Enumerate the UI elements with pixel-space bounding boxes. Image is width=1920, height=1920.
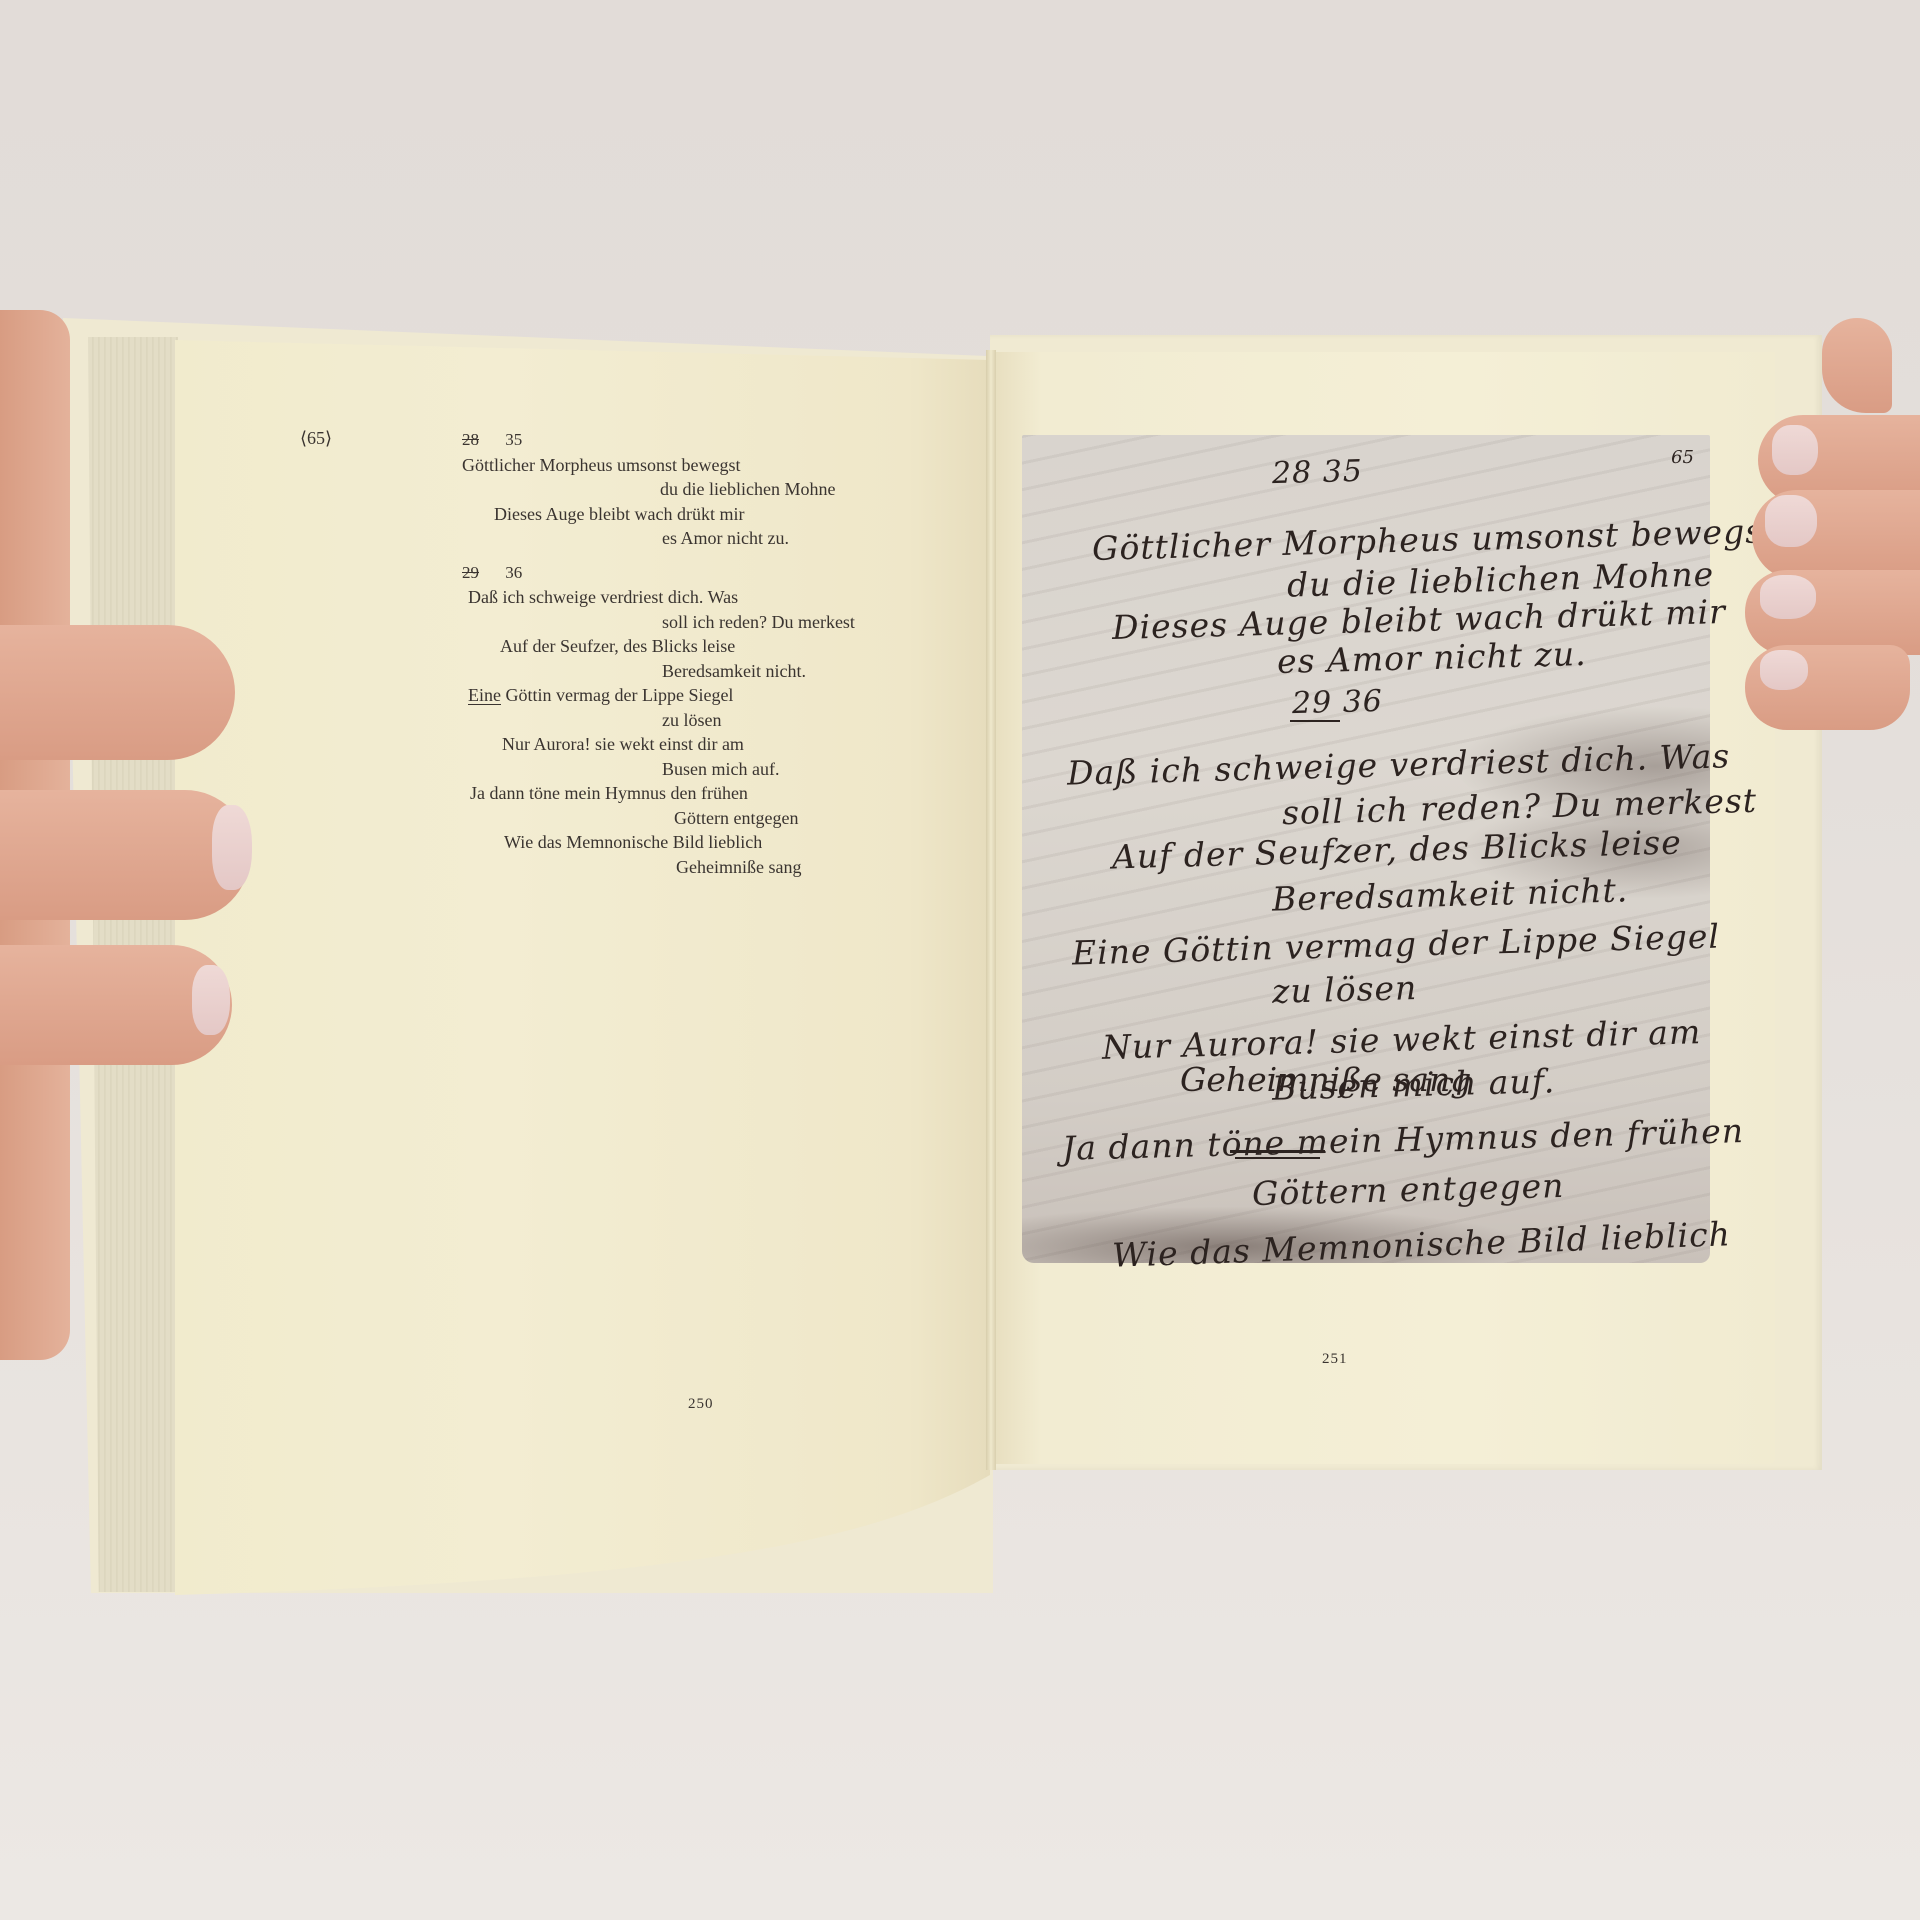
verse-line: Ja dann töne mein Hymnus den frühen xyxy=(470,781,1062,806)
manuscript-line: Beredsamkeit nicht. xyxy=(1272,870,1629,918)
current-number: 35 xyxy=(505,430,522,449)
struck-number: 29 xyxy=(462,563,479,582)
verse-line: Eine Göttin vermag der Lippe Siegel xyxy=(468,683,1062,708)
stanza-numbers: 28 35 xyxy=(462,428,1062,453)
transcription-text: 28 35 Göttlicher Morpheus umsonst bewegs… xyxy=(462,428,1062,879)
verse-line: Göttlicher Morpheus umsonst bewegst xyxy=(462,453,1062,478)
page-number-left: 250 xyxy=(688,1396,714,1413)
page-number-right: 251 xyxy=(1322,1351,1348,1368)
verse-line: Göttern entgegen xyxy=(674,806,1062,831)
verse-line: Busen mich auf. xyxy=(662,757,1062,782)
section-label: ⟨65⟩ xyxy=(300,428,332,449)
manuscript-line: Göttern entgegen xyxy=(1252,1166,1565,1213)
manuscript-facsimile: 28 35 65 Göttlicher Morpheus umsonst bew… xyxy=(1022,435,1710,1263)
verse-line: zu lösen xyxy=(662,708,1062,733)
underlined-word: Eine xyxy=(468,685,501,705)
stanza-numbers: 29 36 xyxy=(462,561,1062,586)
manuscript-line: Nur Aurora! sie wekt einst dir am xyxy=(1102,1012,1702,1067)
manuscript-header-numbers: 28 35 xyxy=(1272,454,1364,491)
verse-line: du die lieblichen Mohne xyxy=(660,477,1062,502)
verse-line: Daß ich schweige verdriest dich. Was xyxy=(468,585,1062,610)
verse-line: Auf der Seufzer, des Blicks leise xyxy=(500,634,1062,659)
manuscript-line: Ja dann töne mein Hymnus den frühen xyxy=(1062,1111,1745,1168)
manuscript-line: Eine Göttin vermag der Lippe Siegel xyxy=(1072,917,1721,973)
manuscript-stanza-numbers: 29 36 xyxy=(1292,684,1384,721)
manuscript-corner-number: 65 xyxy=(1671,447,1694,468)
current-number: 36 xyxy=(505,563,522,582)
manuscript-line: Geheimniße sang xyxy=(1180,1060,1471,1099)
verse-line: es Amor nicht zu. xyxy=(662,526,1062,551)
double-underline xyxy=(1290,720,1340,722)
manuscript-line: es Amor nicht zu. xyxy=(1277,634,1588,681)
struck-number: 28 xyxy=(462,430,479,449)
manuscript-line: zu lösen xyxy=(1272,968,1418,1011)
verse-line: Nur Aurora! sie wekt einst dir am xyxy=(502,732,1062,757)
end-rule xyxy=(1235,1157,1320,1159)
verse-line: Geheimniße sang xyxy=(676,855,1062,880)
verse-line: Wie das Memnonische Bild lieblich xyxy=(504,830,1062,855)
verse-line: Dieses Auge bleibt wach drükt mir xyxy=(494,502,1062,527)
manuscript-line: Auf der Seufzer, des Blicks leise xyxy=(1112,823,1683,877)
end-rule xyxy=(1230,1150,1325,1153)
verse-line: soll ich reden? Du merkest xyxy=(662,610,1062,635)
manuscript-line: soll ich reden? Du merkest xyxy=(1282,781,1758,832)
verse-line: Beredsamkeit nicht. xyxy=(662,659,1062,684)
